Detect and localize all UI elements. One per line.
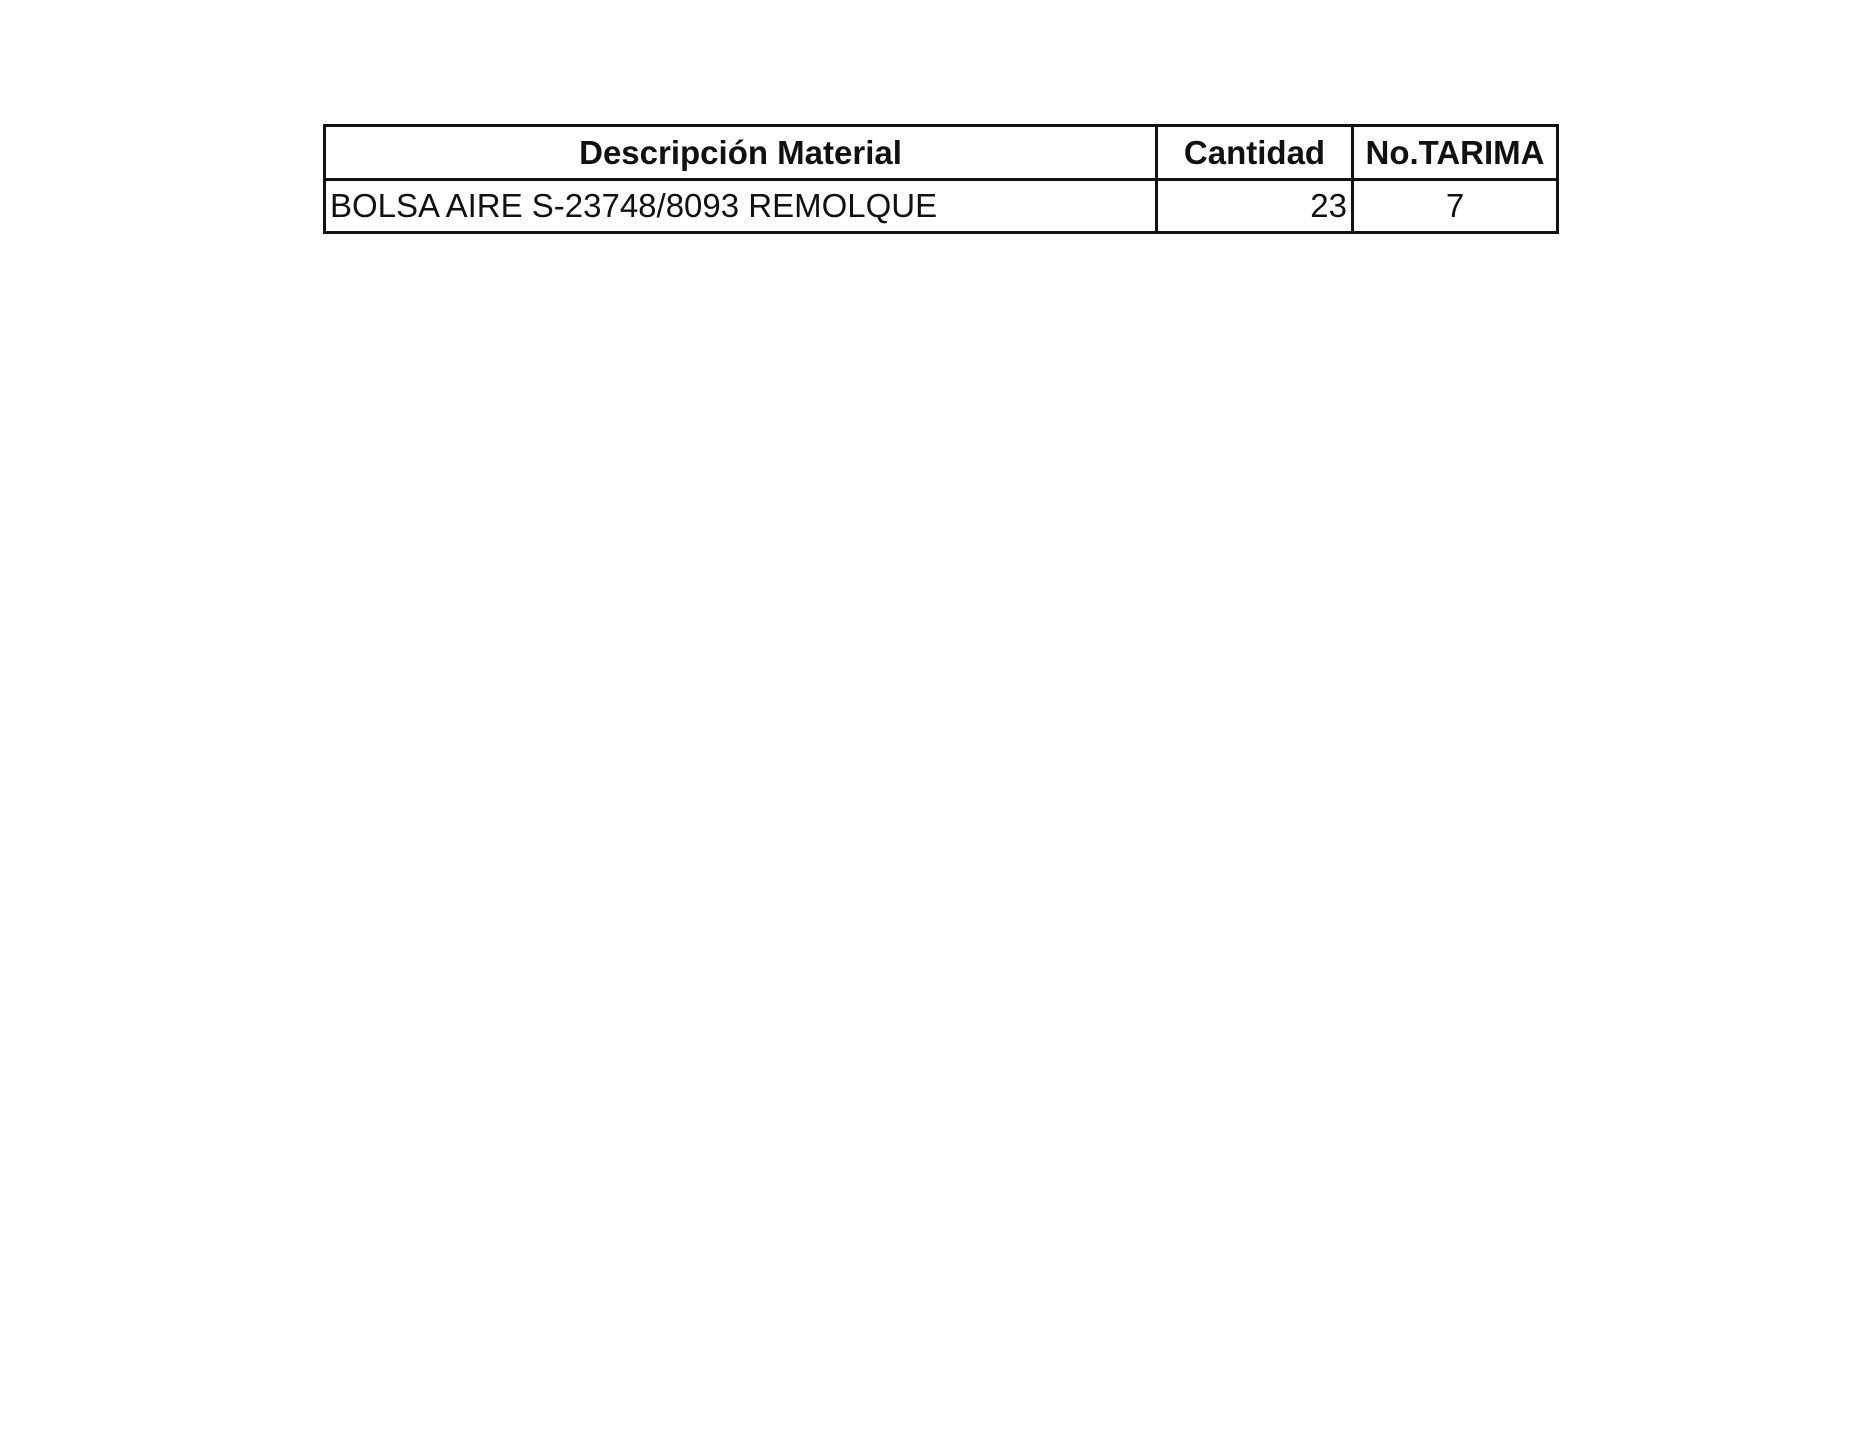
material-table: Descripción Material Cantidad No.TARIMA … (323, 124, 1559, 234)
header-row: Descripción Material Cantidad No.TARIMA (325, 126, 1558, 180)
cell-descripcion: BOLSA AIRE S-23748/8093 REMOLQUE (325, 180, 1157, 233)
cell-tarima: 7 (1353, 180, 1558, 233)
cell-cantidad: 23 (1157, 180, 1353, 233)
table-row: BOLSA AIRE S-23748/8093 REMOLQUE 23 7 (325, 180, 1558, 233)
header-cantidad: Cantidad (1157, 126, 1353, 180)
header-tarima: No.TARIMA (1353, 126, 1558, 180)
header-descripcion: Descripción Material (325, 126, 1157, 180)
